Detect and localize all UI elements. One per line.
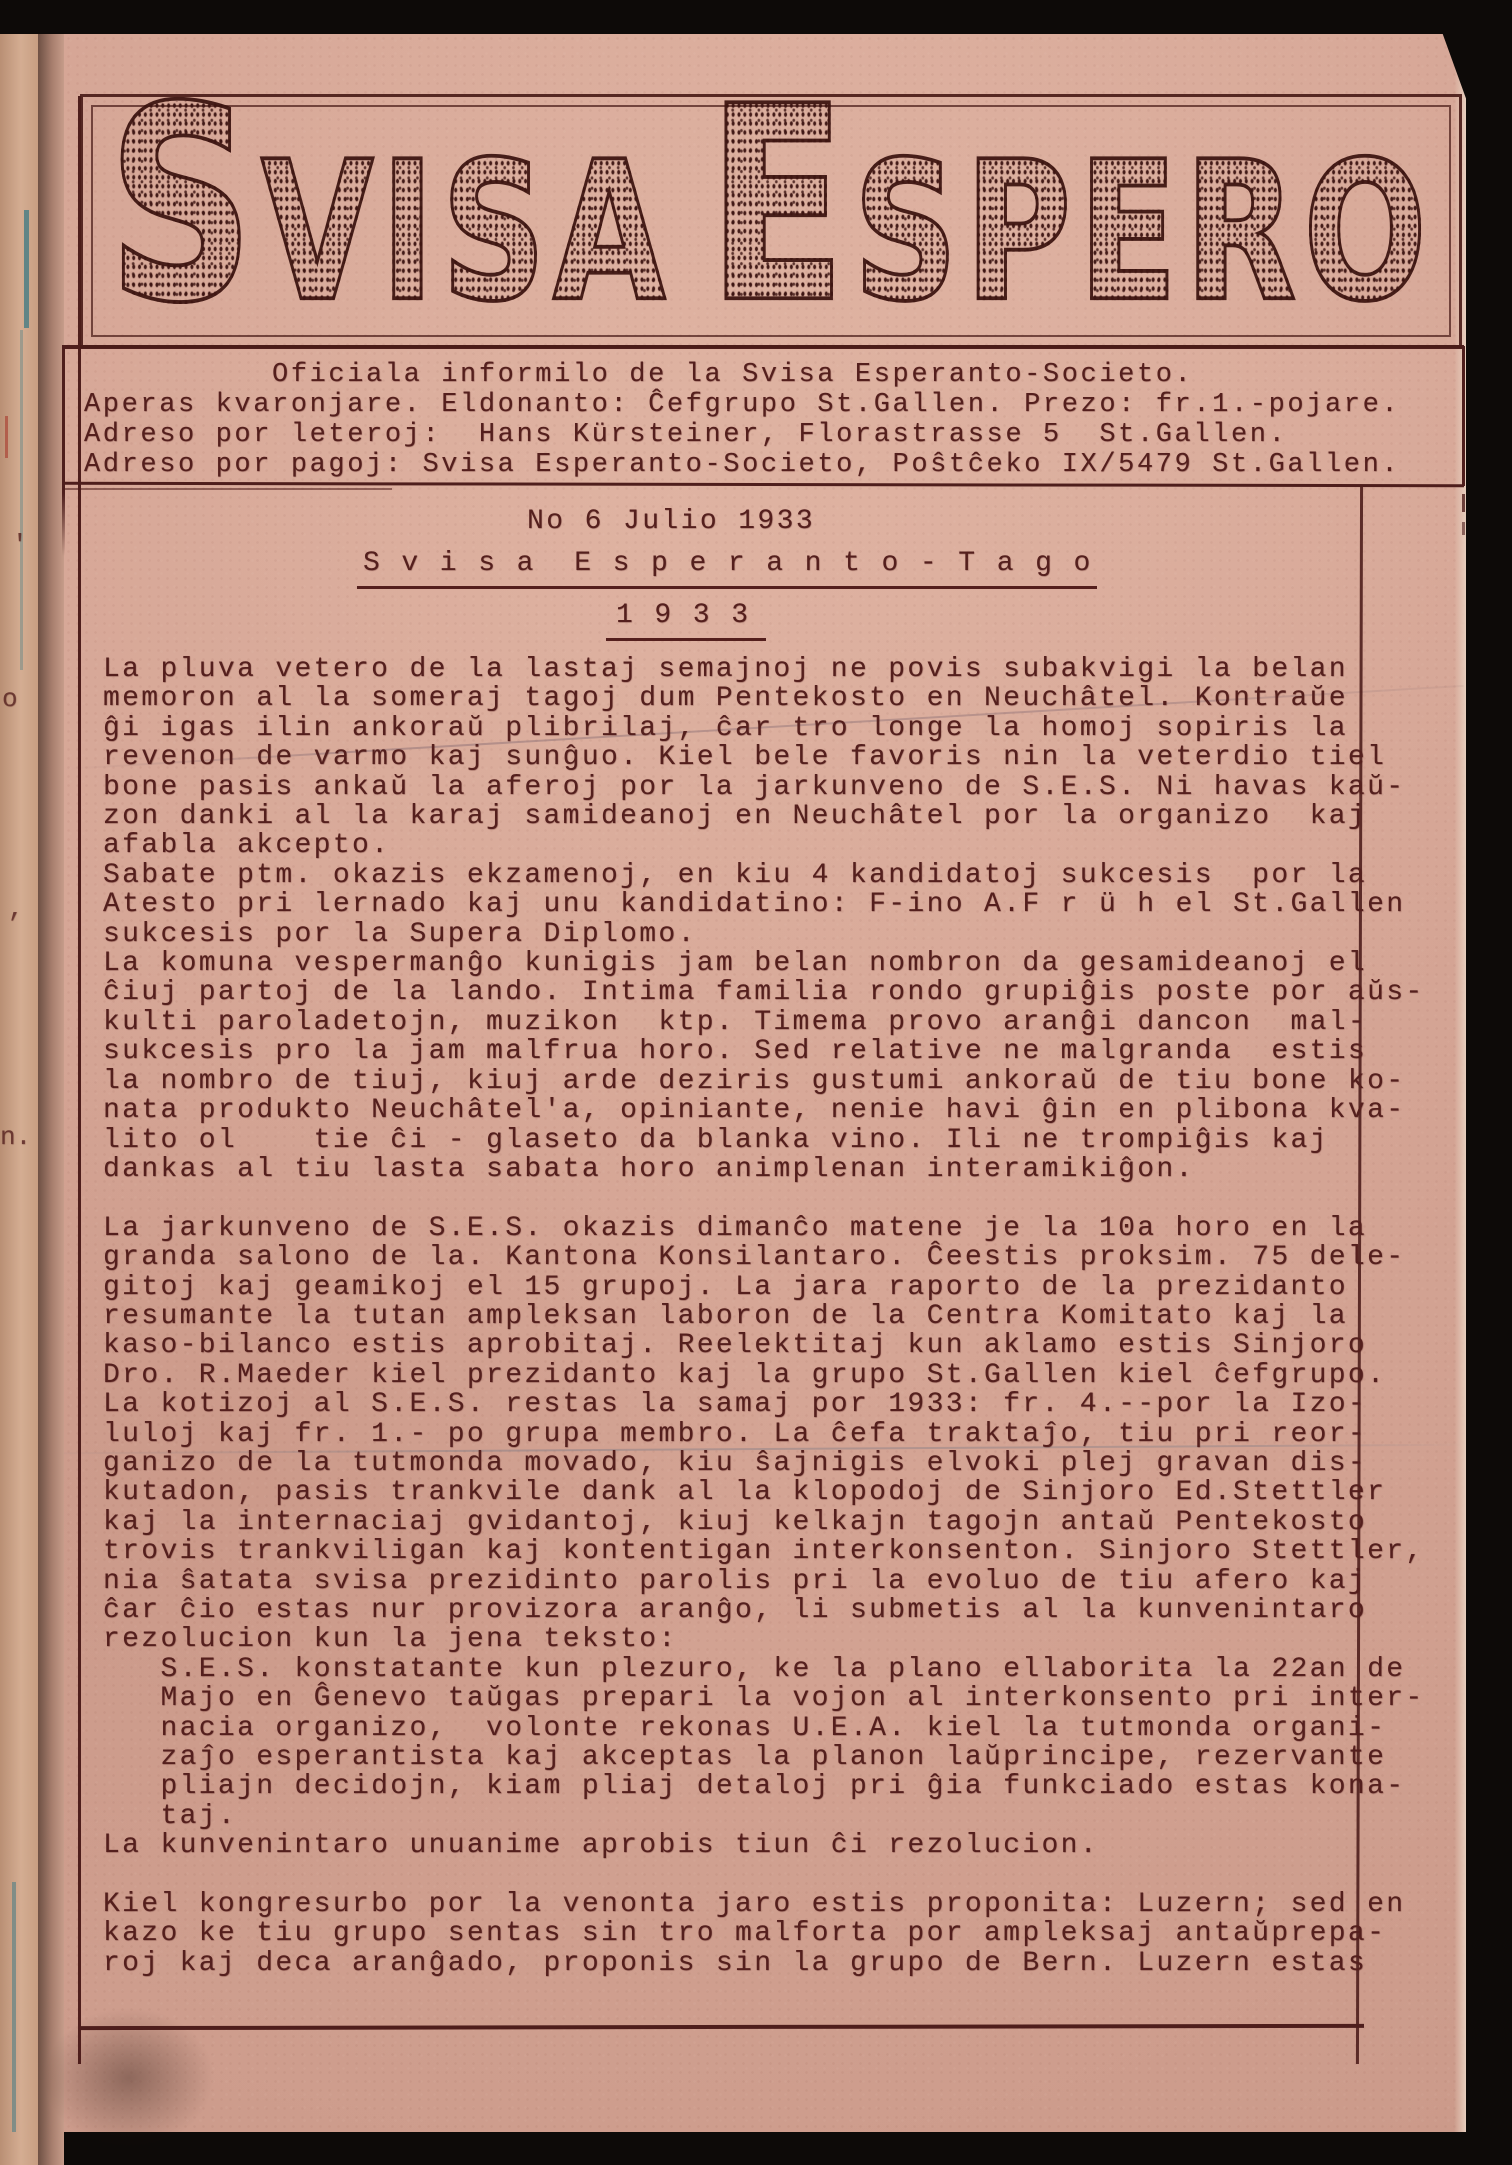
info-line: Adreso por pagoj: Svisa Esperanto-Societ… <box>84 450 1400 480</box>
info-line: Adreso por leteroj: Hans Kürsteiner, Flo… <box>84 420 1400 450</box>
book-gutter-shadow <box>38 34 64 2165</box>
masthead-word: VISA <box>261 159 672 309</box>
masthead-initial: S <box>108 101 262 311</box>
previous-page-edge <box>0 34 38 2165</box>
masthead-initial: E <box>708 101 854 311</box>
text-line: rezolucion kun la jena teksto: <box>103 1625 1425 1654</box>
text-line: nia ŝatata svisa prezidinto parolis pri … <box>103 1567 1425 1596</box>
paragraph: La pluva vetero de la lastaj semajnoj ne… <box>103 655 1425 1184</box>
text-line: La kotizoj al S.E.S. restas la samaj por… <box>103 1390 1425 1419</box>
text-line: luloj kaj fr. 1.- po grupa membro. La ĉe… <box>103 1420 1425 1449</box>
margin-text-fragment: n. <box>0 1122 31 1152</box>
text-line: Dro. R.Maeder kiel prezidanto kaj la gru… <box>103 1361 1425 1390</box>
text-line: nata produkto Neuchâtel'a, opiniante, ne… <box>103 1096 1425 1125</box>
text-line: Atesto pri lernado kaj unu kandidatino: … <box>103 890 1425 919</box>
text-line: ĝi igas ilin ankoraŭ plibrilaj, ĉar tro … <box>103 714 1425 743</box>
margin-text-fragment: o <box>2 684 18 714</box>
masthead-title: SVISAESPERO <box>108 101 1434 311</box>
paragraph: La kunvenintaro unuanime aprobis tiun ĉi… <box>103 1831 1425 1860</box>
text-line: resumante la tutan ampleksan laboron de … <box>103 1302 1425 1331</box>
info-line: Aperas kvaronjare. Eldonanto: Ĉefgrupo S… <box>84 390 1400 420</box>
info-line: Oficiala informilo de la Svisa Esperanto… <box>84 360 1400 390</box>
margin-text-fragment: , <box>8 894 24 924</box>
masthead-inner-border: SVISAESPERO <box>91 105 1451 337</box>
margin-text-fragment: ' <box>12 530 28 560</box>
text-line: sukcesis pro la jam malfrua horo. Sed re… <box>103 1037 1425 1066</box>
paragraph: Kiel kongresurbo por la venonta jaro est… <box>103 1890 1425 1978</box>
info-box-bottom-rule <box>62 482 1464 487</box>
text-line: kaj la internaciaj gvidantoj, kiuj kelka… <box>103 1508 1425 1537</box>
right-rule-dash <box>1462 522 1465 535</box>
masthead-border: SVISAESPERO <box>80 94 1462 348</box>
text-line: Kiel kongresurbo por la venonta jaro est… <box>103 1890 1425 1919</box>
text-line: La komuna vespermanĝo kunigis jam belan … <box>103 949 1425 978</box>
text-line: zaĵo esperantista kaj akceptas la planon… <box>103 1743 1425 1772</box>
text-line: sukcesis por la Supera Diplomo. <box>103 920 1425 949</box>
page-edge-teal-mark <box>12 1882 16 2132</box>
text-line: kaso-bilanco estis aprobitaj. Reelektita… <box>103 1331 1425 1360</box>
text-line: lito ol tie ĉi - glaseto da blanka vino.… <box>103 1126 1425 1155</box>
paragraph: S.E.S. konstatante kun plezuro, ke la pl… <box>103 1655 1425 1831</box>
right-rule-dash <box>1462 494 1465 512</box>
text-line: Sabate ptm. okazis ekzamenoj, en kiu 4 k… <box>103 861 1425 890</box>
bottom-border-rule <box>78 2024 1364 2030</box>
event-title: S v i s a E s p e r a n t o - T a g o <box>357 548 1097 589</box>
info-box-bottom-rule-double <box>62 488 392 490</box>
text-line: zon danki al la karaj samideanoj en Neuc… <box>103 802 1425 831</box>
text-line: granda salono de la. Kantona Konsilantar… <box>103 1243 1425 1272</box>
text-line: ĉar ĉio estas nur provizora aranĝo, li s… <box>103 1596 1425 1625</box>
publication-info: Oficiala informilo de la Svisa Esperanto… <box>84 360 1400 480</box>
text-line: trovis trankviligan kaj kontentigan inte… <box>103 1537 1425 1566</box>
text-line: taj. <box>103 1802 1425 1831</box>
page-edge-red-mark <box>5 416 8 458</box>
page-edge-teal-mark <box>24 210 29 328</box>
text-line: dankas al tiu lasta sabata horo animplen… <box>103 1155 1425 1184</box>
scanned-newsletter: SVISAESPERO Oficiala informilo de la Svi… <box>0 0 1512 2165</box>
page-edge-teal-mark <box>20 330 23 670</box>
info-box-right-rule <box>1462 346 1465 486</box>
text-line: La pluva vetero de la lastaj semajnoj ne… <box>103 655 1425 684</box>
text-line: S.E.S. konstatante kun plezuro, ke la pl… <box>103 1655 1425 1684</box>
masthead-word: SPERO <box>854 159 1434 309</box>
article-body: La pluva vetero de la lastaj semajnoj ne… <box>103 655 1425 1978</box>
text-line: gitoj kaj geamikoj el 15 grupoj. La jara… <box>103 1273 1425 1302</box>
text-line: kazo ke tiu grupo sentas sin tro malfort… <box>103 1919 1425 1948</box>
newsletter-page: SVISAESPERO Oficiala informilo de la Svi… <box>64 34 1466 2132</box>
text-line: kulti paroladetojn, muzikon ktp. Timema … <box>103 1008 1425 1037</box>
text-line: afabla akcepto. <box>103 831 1425 860</box>
text-line: La jarkunveno de S.E.S. okazis dimanĉo m… <box>103 1214 1425 1243</box>
issue-heading: No 6 Julio 1933 <box>527 506 815 537</box>
text-line: memoron al la someraj tagoj dum Pentekos… <box>103 684 1425 713</box>
left-border-rule <box>78 96 81 2064</box>
text-line: bone pasis ankaŭ la aferoj por la jarkun… <box>103 773 1425 802</box>
text-line: ganizo de la tutmonda movado, kiu ŝajnig… <box>103 1449 1425 1478</box>
event-year: 1 9 3 3 <box>606 600 766 641</box>
left-border-rule-outer <box>62 346 65 556</box>
text-line: ĉiuj partoj de la lando. Intima familia … <box>103 978 1425 1007</box>
paragraph: La jarkunveno de S.E.S. okazis dimanĉo m… <box>103 1214 1425 1655</box>
text-line: nacia organizo, volonte rekonas U.E.A. k… <box>103 1714 1425 1743</box>
text-line: la nombro de tiuj, kiuj arde deziris gus… <box>103 1067 1425 1096</box>
text-line: pliajn decidojn, kiam pliaj detaloj pri … <box>103 1772 1425 1801</box>
text-line: kutadon, pasis trankvile dank al la klop… <box>103 1478 1425 1507</box>
text-line: revenon de varmo kaj sunĝuo. Kiel bele f… <box>103 743 1425 772</box>
text-line: Majo en Ĝenevo taŭgas prepari la vojon a… <box>103 1684 1425 1713</box>
text-line: roj kaj deca aranĝado, proponis sin la g… <box>103 1949 1425 1978</box>
text-line: La kunvenintaro unuanime aprobis tiun ĉi… <box>103 1831 1425 1860</box>
